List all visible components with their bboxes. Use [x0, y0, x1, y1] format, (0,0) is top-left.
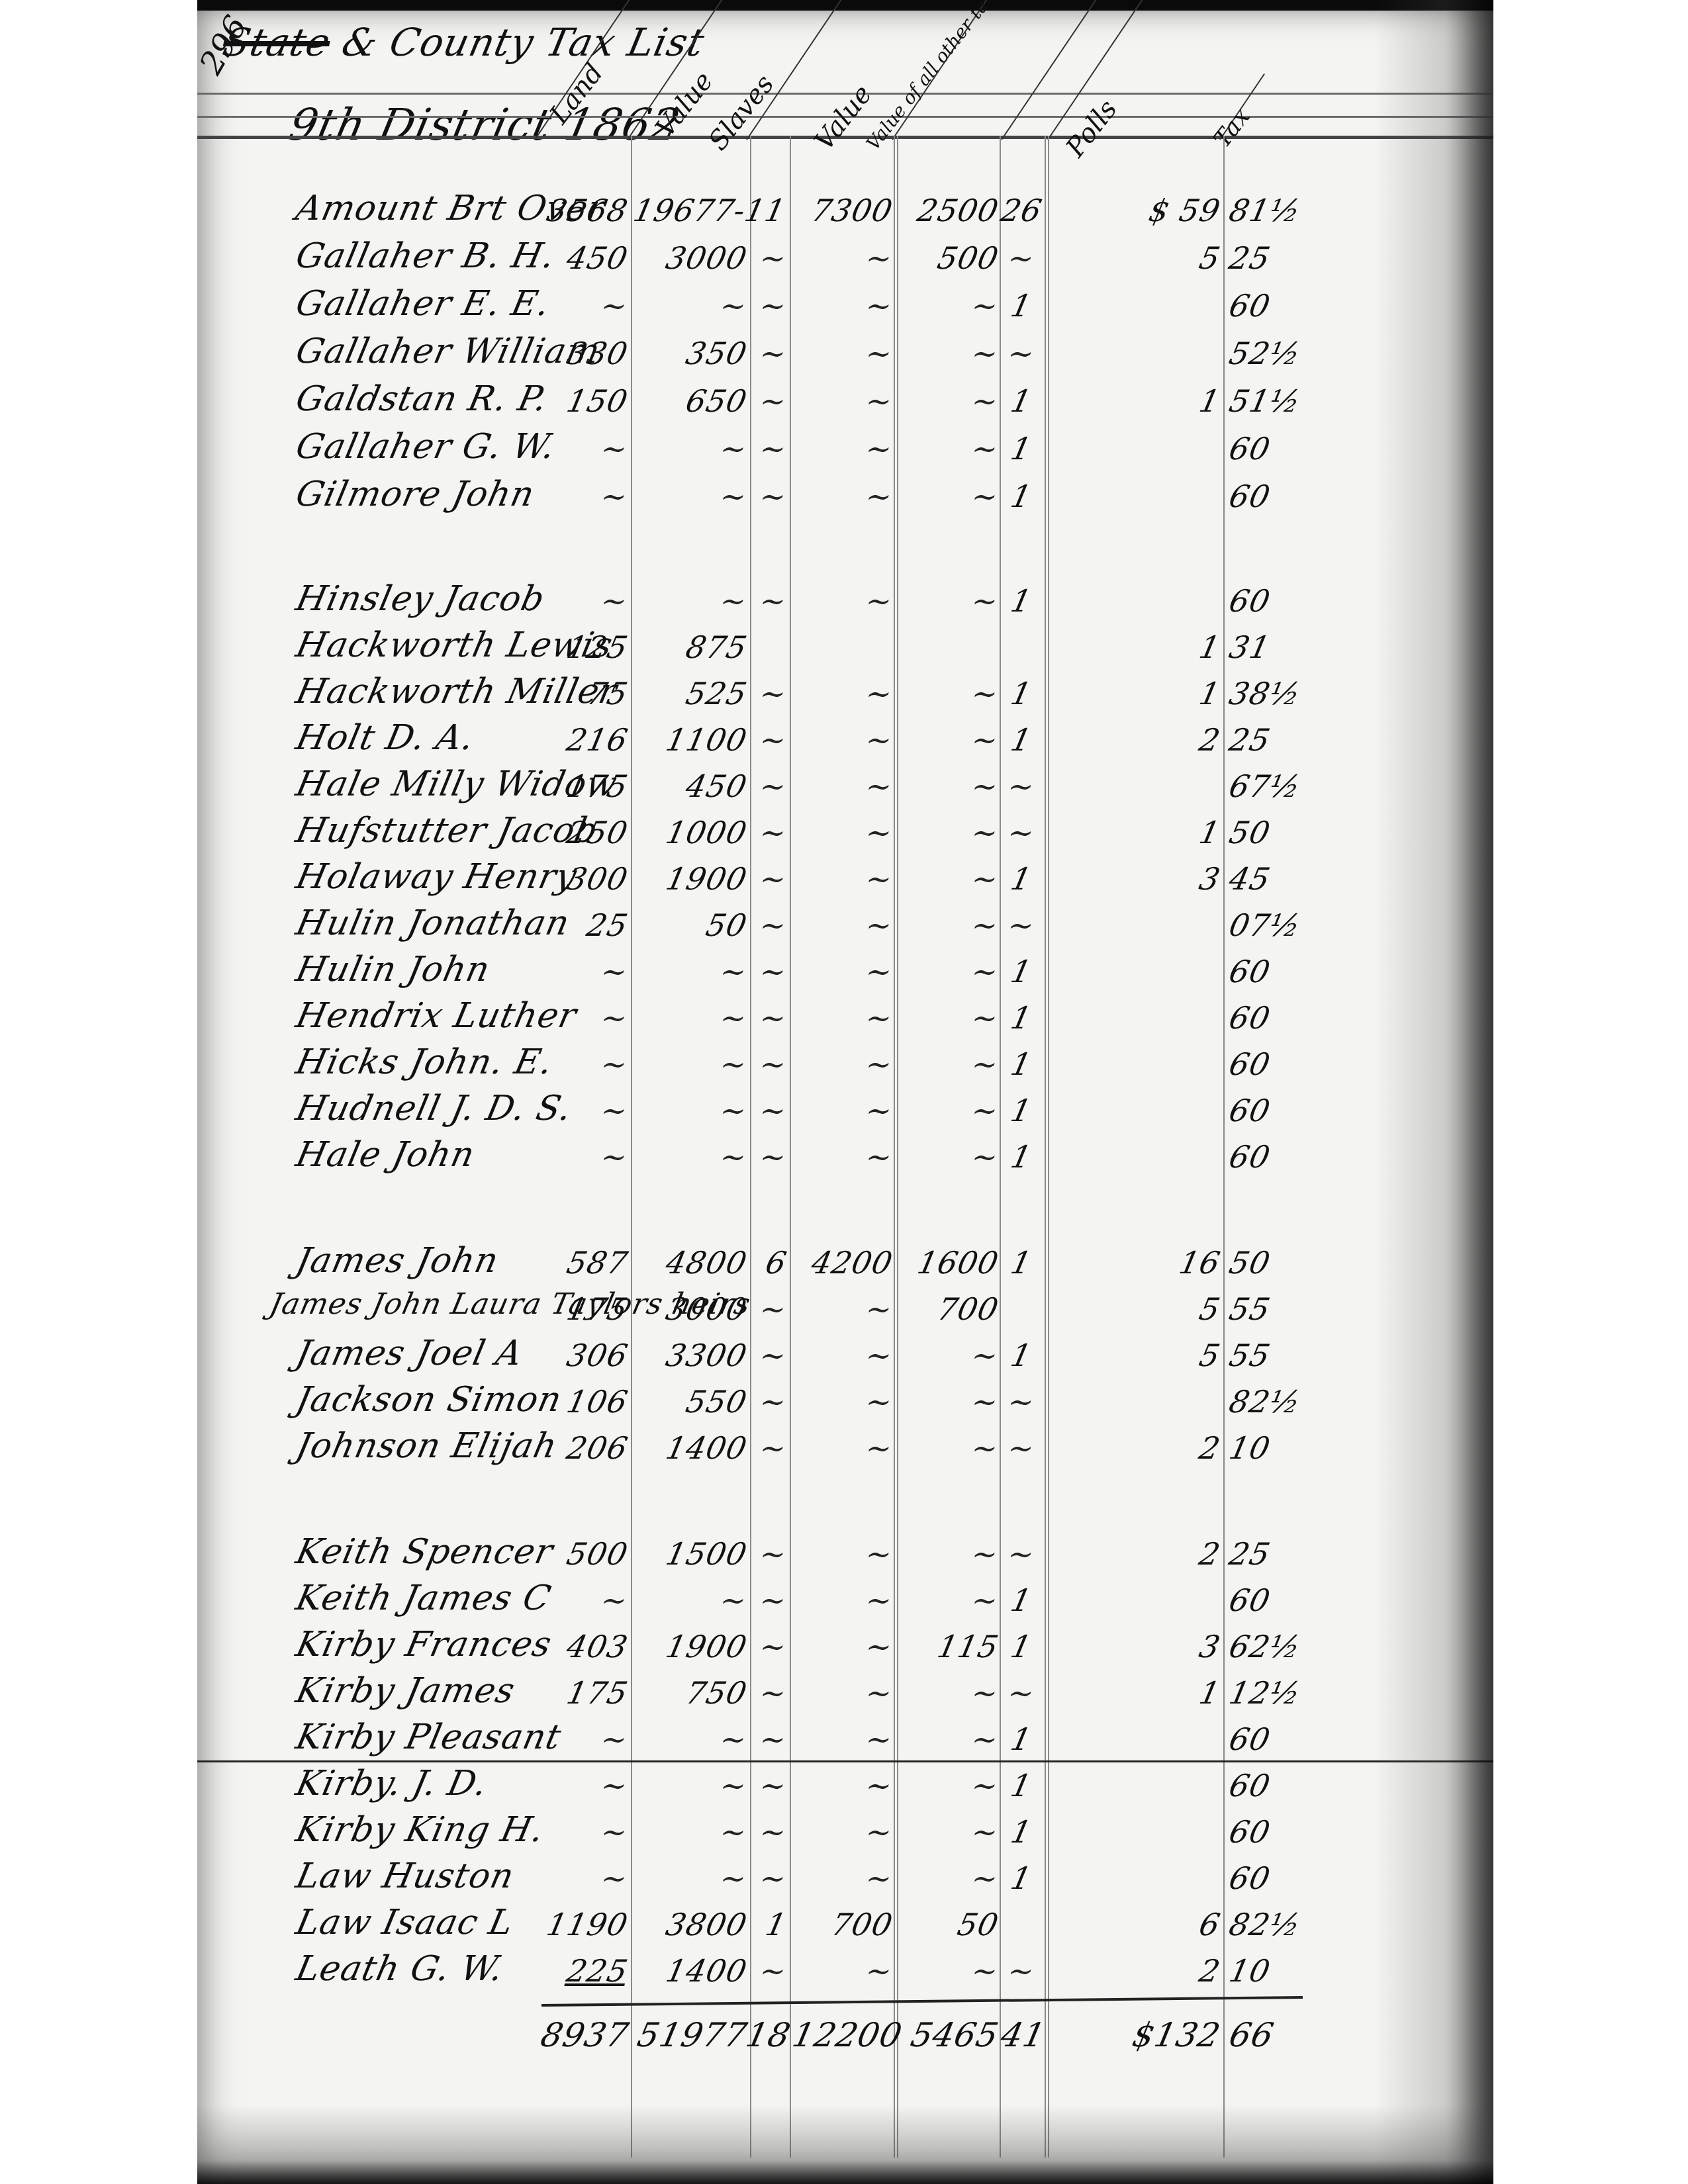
polls-count: ~: [998, 336, 1045, 371]
slaves-value: ~: [789, 1046, 896, 1082]
land-acres: 3568: [538, 193, 631, 228]
slaves-value: ~: [789, 1093, 896, 1128]
land-value: 550: [630, 1384, 750, 1420]
land-acres: ~: [538, 954, 631, 989]
slaves-value: ~: [789, 676, 896, 711]
land-value: 3300: [630, 1338, 750, 1373]
slaves-count: ~: [743, 815, 790, 850]
land-value: 50: [630, 907, 750, 943]
slaves-count: ~: [743, 1629, 790, 1664]
ledger-row: Holt D. A. 216 1100 ~ ~ ~ 1 2 25: [197, 718, 1493, 764]
other-property-value: ~: [895, 1536, 1002, 1572]
ledger-row: Law Huston ~ ~ ~ ~ ~ 1 60: [197, 1856, 1493, 1903]
tax-cents: 60: [1226, 288, 1306, 324]
land-acres: 125: [538, 629, 631, 665]
slaves-value: ~: [789, 478, 896, 514]
struck-word: State: [219, 20, 335, 65]
ledger-row: Hale John ~ ~ ~ ~ ~ 1 60: [197, 1135, 1493, 1181]
polls-count: 1: [998, 1721, 1045, 1757]
land-acres: 216: [538, 722, 631, 758]
other-property-value: ~: [895, 676, 1002, 711]
ledger-row: Kirby James 175 750 ~ ~ ~ ~ 1 12½: [197, 1671, 1493, 1717]
slaves-count: ~: [743, 583, 790, 619]
total-land: 8937: [538, 2016, 632, 2054]
taxpayer-name: Law Huston: [293, 1856, 518, 1896]
taxpayer-name: Kirby Frances: [293, 1625, 555, 1664]
tax-cents: 67½: [1226, 768, 1306, 804]
land-value: ~: [630, 1582, 750, 1618]
other-property-value: ~: [895, 1582, 1002, 1618]
land-acres: 306: [538, 1338, 631, 1373]
total-tax-cents: 66: [1226, 2016, 1307, 2054]
totals-rule: [541, 1996, 1303, 2007]
tax-dollars: 3: [1054, 861, 1223, 897]
polls-count: ~: [998, 815, 1045, 850]
slaves-count: 1: [743, 1907, 790, 1942]
total-other-property: 5465: [895, 2016, 1002, 2054]
scan-bottom-shadow: [197, 2105, 1493, 2184]
ledger-row: Hicks John. E. ~ ~ ~ ~ ~ 1 60: [197, 1042, 1493, 1089]
taxpayer-name: Hale John: [293, 1135, 479, 1175]
land-acres: 500: [538, 1536, 631, 1572]
tax-dollars: 2: [1054, 1953, 1223, 1989]
polls-count: ~: [998, 1953, 1045, 1989]
slaves-count: ~: [743, 1814, 790, 1850]
other-property-value: ~: [895, 1860, 1002, 1896]
other-property-value: ~: [895, 815, 1002, 850]
slaves-count: ~: [743, 1000, 790, 1036]
slaves-count: ~: [743, 907, 790, 943]
slaves-value: ~: [789, 861, 896, 897]
slaves-value: ~: [789, 1721, 896, 1757]
total-slaves: 18: [743, 2016, 790, 2054]
tax-cents: 60: [1226, 583, 1306, 619]
other-property-value: ~: [895, 1721, 1002, 1757]
land-acres: 175: [538, 768, 631, 804]
other-property-value: ~: [895, 1046, 1002, 1082]
taxpayer-name: Hudnell J. D. S.: [293, 1089, 576, 1128]
land-value: 1400: [630, 1430, 750, 1466]
ledger-row: Keith James C ~ ~ ~ ~ ~ 1 60: [197, 1578, 1493, 1625]
slaves-value: ~: [789, 240, 896, 276]
ledger-row: Gallaher E. E. ~ ~ ~ ~ ~ 1 60: [197, 284, 1493, 330]
slaves-count: ~: [743, 676, 790, 711]
tax-cents: 55: [1226, 1338, 1306, 1373]
slaves-value: ~: [789, 583, 896, 619]
slaves-count: ~: [743, 431, 790, 467]
other-property-value: ~: [895, 1093, 1002, 1128]
slaves-value: 700: [789, 1907, 896, 1942]
taxpayer-name: Keith Spencer: [293, 1532, 557, 1572]
tax-dollars: 1: [1054, 815, 1223, 850]
other-property-value: ~: [895, 431, 1002, 467]
other-property-value: ~: [895, 768, 1002, 804]
taxpayer-name: Gallaher G. W.: [293, 427, 559, 467]
land-acres: 587: [538, 1245, 631, 1281]
slaves-count: ~: [743, 240, 790, 276]
ledger-fold-line: [197, 1760, 1493, 1762]
land-acres: ~: [538, 1582, 631, 1618]
polls-count: 1: [998, 722, 1045, 758]
land-value: 3000: [630, 240, 750, 276]
tax-cents: 10: [1226, 1430, 1306, 1466]
taxpayer-name: Gilmore John: [293, 475, 538, 514]
ledger-row: Kirby King H. ~ ~ ~ ~ ~ 1 60: [197, 1810, 1493, 1856]
tax-cents: 60: [1226, 1046, 1306, 1082]
ledger-row: Kirby Frances 403 1900 ~ ~ 115 1 3 62½: [197, 1625, 1493, 1671]
totals-row: 8937 51977 18 12200 5465 41 $132 66: [197, 2012, 1493, 2058]
slaves-value: ~: [789, 336, 896, 371]
land-value: ~: [630, 1093, 750, 1128]
polls-count: 1: [998, 1629, 1045, 1664]
other-property-value: ~: [895, 861, 1002, 897]
tax-cents: 60: [1226, 431, 1306, 467]
slaves-count: ~: [743, 1139, 790, 1175]
total-value: 51977: [630, 2016, 751, 2054]
polls-count: 1: [998, 1814, 1045, 1850]
slaves-count: ~: [743, 768, 790, 804]
land-value: ~: [630, 1814, 750, 1850]
tax-cents: 60: [1226, 1093, 1306, 1128]
land-acres: 150: [538, 383, 631, 419]
tax-dollars: 16: [1054, 1245, 1223, 1281]
taxpayer-name: Kirby James: [293, 1671, 519, 1711]
slaves-count: ~: [743, 1430, 790, 1466]
land-value: 650: [630, 383, 750, 419]
district-heading: 9th District 1862: [285, 99, 685, 150]
tax-cents: 60: [1226, 1000, 1306, 1036]
ledger-row: Johnson Elijah 206 1400 ~ ~ ~ ~ 2 10: [197, 1426, 1493, 1473]
slaves-count: ~: [743, 722, 790, 758]
slaves-count: ~: [743, 1953, 790, 1989]
slaves-value: ~: [789, 1291, 896, 1327]
slaves-value: ~: [789, 1675, 896, 1711]
other-property-value: 1600: [895, 1245, 1002, 1281]
land-value: ~: [630, 431, 750, 467]
slaves-count: ~: [743, 1384, 790, 1420]
land-acres: 25: [538, 907, 631, 943]
taxpayer-name: Gallaher E. E.: [293, 284, 554, 324]
tax-cents: 07½: [1226, 907, 1306, 943]
slaves-count: ~: [743, 478, 790, 514]
taxpayer-name: James Joel A: [293, 1334, 527, 1373]
tax-cents: 82½: [1226, 1384, 1306, 1420]
land-acres: ~: [538, 1721, 631, 1757]
land-acres: 300: [538, 861, 631, 897]
slaves-value: ~: [789, 1629, 896, 1664]
other-property-value: ~: [895, 954, 1002, 989]
slaves-count: ~: [743, 336, 790, 371]
tax-cents: 60: [1226, 478, 1306, 514]
slaves-value: ~: [789, 907, 896, 943]
land-acres: ~: [538, 1046, 631, 1082]
slaves-value: ~: [789, 815, 896, 850]
tax-dollars: 1: [1054, 1675, 1223, 1711]
scan-top-border: [197, 0, 1493, 11]
land-value: 1500: [630, 1536, 750, 1572]
slaves-count: ~: [743, 1860, 790, 1896]
tax-cents: 55: [1226, 1291, 1306, 1327]
polls-count: 1: [998, 1860, 1045, 1896]
polls-count: 1: [998, 1582, 1045, 1618]
polls-count: ~: [998, 768, 1045, 804]
ledger-row: James John 587 4800 6 4200 1600 1 16 50: [197, 1241, 1493, 1287]
ledger-row: James Joel A 306 3300 ~ ~ ~ 1 5 55: [197, 1334, 1493, 1380]
land-acres: ~: [538, 1139, 631, 1175]
land-acres: 450: [538, 240, 631, 276]
ledger-row: Jackson Simon 106 550 ~ ~ ~ ~ 82½: [197, 1380, 1493, 1426]
other-property-value: ~: [895, 1338, 1002, 1373]
ledger-row: Hulin Jonathan 25 50 ~ ~ ~ ~ 07½: [197, 903, 1493, 950]
taxpayer-name: Hicks John. E.: [293, 1042, 557, 1082]
other-property-value: ~: [895, 1000, 1002, 1036]
other-property-value: ~: [895, 1675, 1002, 1711]
other-property-value: 115: [895, 1629, 1002, 1664]
ledger-title: State & County Tax List: [219, 20, 709, 65]
polls-count: 1: [998, 1338, 1045, 1373]
ledger-row: Hale Milly Widow 175 450 ~ ~ ~ ~ 67½: [197, 764, 1493, 811]
polls-count: 1: [998, 1245, 1045, 1281]
ledger-row: Hulin John ~ ~ ~ ~ ~ 1 60: [197, 950, 1493, 996]
land-acres: 250: [538, 815, 631, 850]
ledger-row: Amount Brt Over 3568 19677-11 7300 2500 …: [197, 189, 1493, 235]
land-value: ~: [630, 478, 750, 514]
slaves-count: ~: [743, 1675, 790, 1711]
tax-dollars: 6: [1054, 1907, 1223, 1942]
tax-cents: 81½: [1226, 193, 1306, 228]
land-acres: 175: [538, 1291, 631, 1327]
tax-dollars: 1: [1054, 383, 1223, 419]
land-value: ~: [630, 1721, 750, 1757]
taxpayer-name: Hulin John: [293, 950, 494, 989]
slaves-count: ~: [743, 383, 790, 419]
scan-edge-shadow: [1374, 0, 1493, 2184]
tax-cents: 60: [1226, 1860, 1306, 1896]
land-acres: 75: [538, 676, 631, 711]
polls-count: 1: [998, 431, 1045, 467]
tax-cents: 25: [1226, 722, 1306, 758]
land-value: 450: [630, 768, 750, 804]
ledger-row: Kirby Pleasant ~ ~ ~ ~ ~ 1 60: [197, 1717, 1493, 1764]
slaves-value: ~: [789, 1814, 896, 1850]
taxpayer-name: James John: [293, 1241, 502, 1281]
polls-count: 1: [998, 478, 1045, 514]
other-property-value: ~: [895, 288, 1002, 324]
ledger-row: Galdstan R. P. 150 650 ~ ~ ~ 1 1 51½: [197, 379, 1493, 426]
column-header-other-property: Value of all other taxable property: [862, 0, 1078, 154]
other-property-value: ~: [895, 1768, 1002, 1803]
ledger-page-scan: 296 State & County Tax List 9th District…: [197, 0, 1493, 2184]
slaves-value: ~: [789, 1338, 896, 1373]
tax-cents: 31: [1226, 629, 1306, 665]
other-property-value: ~: [895, 1953, 1002, 1989]
polls-count: 1: [998, 1046, 1045, 1082]
other-property-value: ~: [895, 1814, 1002, 1850]
land-value: 750: [630, 1675, 750, 1711]
land-value: 19677-11: [630, 193, 750, 228]
ledger-row: Hinsley Jacob ~ ~ ~ ~ ~ 1 60: [197, 579, 1493, 625]
total-polls: 41: [998, 2016, 1045, 2054]
tax-cents: 25: [1226, 240, 1306, 276]
tax-cents: 82½: [1226, 1907, 1306, 1942]
other-property-value: 50: [895, 1907, 1002, 1942]
slaves-value: ~: [789, 1000, 896, 1036]
slaves-count: ~: [743, 861, 790, 897]
land-acres: 330: [538, 336, 631, 371]
land-value: ~: [630, 288, 750, 324]
land-acres: 1190: [538, 1907, 631, 1942]
land-acres: 206: [538, 1430, 631, 1466]
polls-count: ~: [998, 1430, 1045, 1466]
land-value: ~: [630, 1860, 750, 1896]
tax-cents: 12½: [1226, 1675, 1306, 1711]
land-acres: 225: [538, 1953, 631, 1989]
tax-cents: 60: [1226, 1768, 1306, 1803]
ledger-row: Hufstutter Jacob 250 1000 ~ ~ ~ ~ 1 50: [197, 811, 1493, 857]
tax-cents: 60: [1226, 1814, 1306, 1850]
slaves-value: ~: [789, 722, 896, 758]
slaves-count: ~: [743, 1338, 790, 1373]
taxpayer-name: Holt D. A.: [293, 718, 478, 758]
other-property-value: ~: [895, 1384, 1002, 1420]
polls-count: ~: [998, 1384, 1045, 1420]
tax-cents: 52½: [1226, 336, 1306, 371]
taxpayer-name: Hendrix Luther: [293, 996, 581, 1036]
tax-dollars: 2: [1054, 1536, 1223, 1572]
slaves-value: ~: [789, 288, 896, 324]
land-value: ~: [630, 1768, 750, 1803]
total-slave-value: 12200: [789, 2016, 896, 2054]
slaves-count: ~: [743, 954, 790, 989]
land-value: 1000: [630, 815, 750, 850]
other-property-value: ~: [895, 722, 1002, 758]
ledger-row: Gallaher William 330 350 ~ ~ ~ ~ 52½: [197, 332, 1493, 378]
taxpayer-name: Holaway Henry: [293, 857, 581, 897]
polls-count: 26: [998, 193, 1045, 228]
land-value: ~: [630, 1139, 750, 1175]
land-acres: ~: [538, 1000, 631, 1036]
tax-dollars: 5: [1054, 240, 1223, 276]
polls-count: 1: [998, 583, 1045, 619]
other-property-value: ~: [895, 478, 1002, 514]
land-value: 350: [630, 336, 750, 371]
land-acres: ~: [538, 431, 631, 467]
tax-dollars: $ 59: [1054, 193, 1223, 228]
polls-count: 1: [998, 1139, 1045, 1175]
tax-cents: 45: [1226, 861, 1306, 897]
land-value: 875: [630, 629, 750, 665]
slaves-value: ~: [789, 1768, 896, 1803]
land-acres: 175: [538, 1675, 631, 1711]
land-acres: 106: [538, 1384, 631, 1420]
land-acres: 403: [538, 1629, 631, 1664]
title-text: & County Tax List: [338, 20, 708, 65]
land-acres: ~: [538, 478, 631, 514]
land-acres: ~: [538, 1768, 631, 1803]
other-property-value: 500: [895, 240, 1002, 276]
other-property-value: ~: [895, 1139, 1002, 1175]
slaves-count: 6: [743, 1245, 790, 1281]
polls-count: ~: [998, 1536, 1045, 1572]
tax-cents: 60: [1226, 1582, 1306, 1618]
ledger-row: James John Laura Taylors heirs 175 3000 …: [197, 1287, 1493, 1334]
ledger-row: Hackworth Lewis 125 875 1 31: [197, 625, 1493, 672]
polls-count: 1: [998, 1093, 1045, 1128]
land-acres: ~: [538, 1093, 631, 1128]
slaves-value: ~: [789, 1384, 896, 1420]
slaves-count: ~: [743, 288, 790, 324]
tax-cents: 50: [1226, 1245, 1306, 1281]
tax-dollars: 5: [1054, 1338, 1223, 1373]
land-value: 3800: [630, 1907, 750, 1942]
polls-count: 1: [998, 383, 1045, 419]
tax-cents: 62½: [1226, 1629, 1306, 1664]
tax-dollars: 2: [1054, 1430, 1223, 1466]
slaves-value: ~: [789, 383, 896, 419]
tax-cents: 60: [1226, 1721, 1306, 1757]
slaves-count: ~: [743, 1721, 790, 1757]
slaves-value: ~: [789, 431, 896, 467]
tax-dollars: 1: [1054, 676, 1223, 711]
land-value: 1900: [630, 1629, 750, 1664]
column-header-tax: Tax: [1209, 103, 1256, 153]
ledger-row: Gallaher G. W. ~ ~ ~ ~ ~ 1 60: [197, 427, 1493, 473]
ledger-row: Hendrix Luther ~ ~ ~ ~ ~ 1 60: [197, 996, 1493, 1042]
slaves-value: ~: [789, 1430, 896, 1466]
land-value: ~: [630, 954, 750, 989]
tax-dollars: 5: [1054, 1291, 1223, 1327]
tax-cents: 50: [1226, 815, 1306, 850]
other-property-value: 700: [895, 1291, 1002, 1327]
taxpayer-name: Jackson Simon: [293, 1380, 566, 1420]
taxpayer-name: Kirby King H.: [293, 1810, 548, 1850]
taxpayer-name: Gallaher B. H.: [293, 236, 559, 276]
land-acres: ~: [538, 583, 631, 619]
land-value: 3000: [630, 1291, 750, 1327]
ledger-row: Holaway Henry 300 1900 ~ ~ ~ 1 3 45: [197, 857, 1493, 903]
slaves-value: 4200: [789, 1245, 896, 1281]
taxpayer-name: Leath G. W.: [293, 1949, 508, 1989]
polls-count: ~: [998, 907, 1045, 943]
total-tax-dollars: $132: [1054, 2016, 1224, 2054]
tax-dollars: 2: [1054, 722, 1223, 758]
tax-dollars: 3: [1054, 1629, 1223, 1664]
taxpayer-name: Kirby Pleasant: [293, 1717, 565, 1757]
land-acres: ~: [538, 288, 631, 324]
ledger-row: Law Isaac L 1190 3800 1 700 50 6 82½: [197, 1903, 1493, 1949]
other-property-value: ~: [895, 336, 1002, 371]
land-value: ~: [630, 583, 750, 619]
slaves-value: ~: [789, 1536, 896, 1572]
land-acres: ~: [538, 1814, 631, 1850]
slaves-count: ~: [743, 1046, 790, 1082]
land-acres: ~: [538, 1860, 631, 1896]
slaves-value: 7300: [789, 193, 896, 228]
ledger-row: Hudnell J. D. S. ~ ~ ~ ~ ~ 1 60: [197, 1089, 1493, 1135]
taxpayer-name: Kirby. J. D.: [293, 1764, 491, 1803]
slaves-value: ~: [789, 768, 896, 804]
polls-count: 1: [998, 1000, 1045, 1036]
land-value: ~: [630, 1000, 750, 1036]
polls-count: ~: [998, 1675, 1045, 1711]
taxpayer-name: Johnson Elijah: [293, 1426, 561, 1466]
slaves-count: ~: [743, 1093, 790, 1128]
ledger-row: Leath G. W. 225 1400 ~ ~ ~ ~ 2 10: [197, 1949, 1493, 1995]
ledger-row: Hackworth Miller 75 525 ~ ~ ~ 1 1 38½: [197, 672, 1493, 718]
slaves-count: ~: [743, 1291, 790, 1327]
tax-cents: 25: [1226, 1536, 1306, 1572]
taxpayer-name: Hinsley Jacob: [293, 579, 549, 619]
